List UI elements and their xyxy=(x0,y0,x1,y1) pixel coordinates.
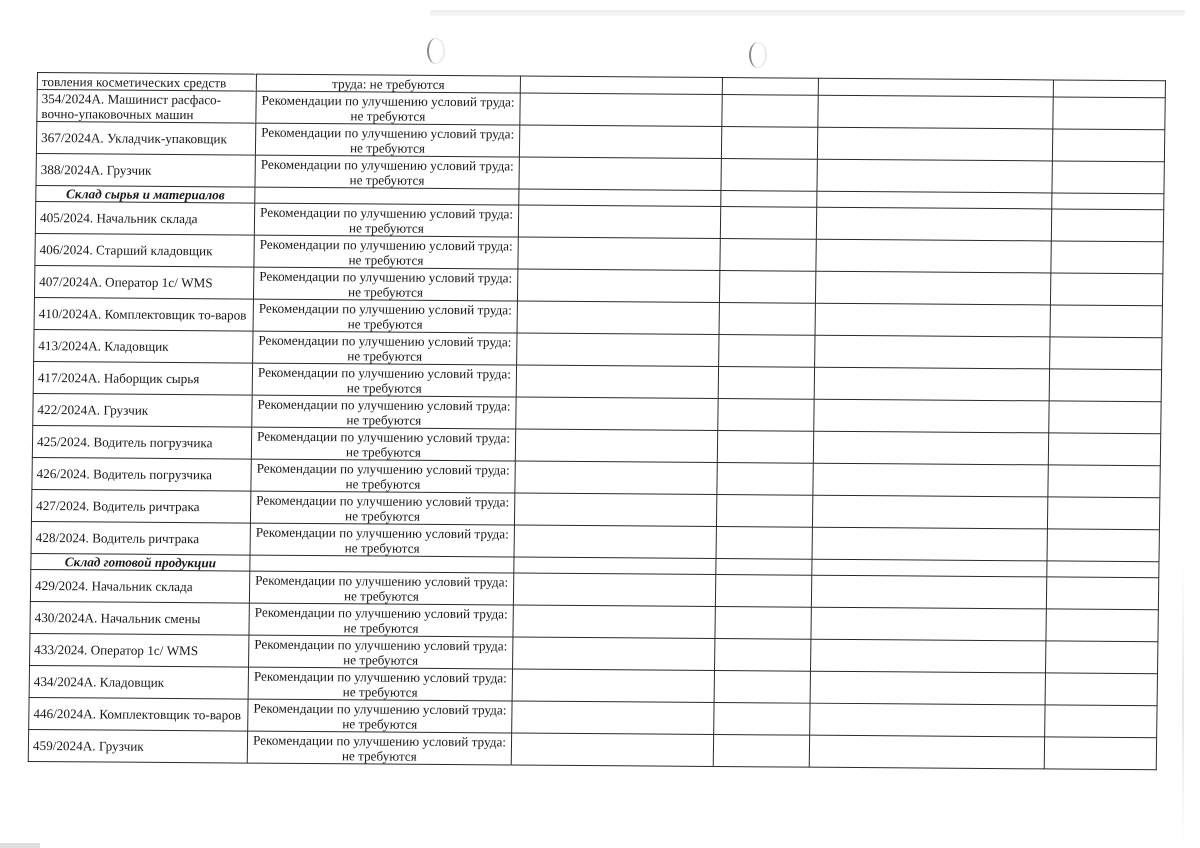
empty-cell xyxy=(519,189,721,206)
empty-cell xyxy=(517,269,719,302)
empty-cell xyxy=(512,669,714,702)
empty-cell xyxy=(1050,305,1162,338)
empty-cell xyxy=(1050,273,1162,306)
empty-cell xyxy=(1046,577,1158,610)
empty-cell xyxy=(255,187,519,205)
empty-cell xyxy=(818,78,1053,97)
empty-cell xyxy=(519,125,721,158)
empty-cell xyxy=(814,367,1049,401)
recommendation-cell: Рекомендации по улучшению условий труда:… xyxy=(254,235,518,269)
empty-cell xyxy=(515,429,717,462)
position-cell: 425/2024. Водитель погрузчика xyxy=(32,425,251,459)
empty-cell xyxy=(722,95,818,128)
scan-right-edge xyxy=(1182,560,1184,848)
position-cell: 433/2024. Оператор 1с/ WMS xyxy=(30,633,249,667)
empty-cell xyxy=(817,191,1052,209)
empty-cell xyxy=(514,557,716,574)
empty-cell xyxy=(815,303,1050,337)
empty-cell xyxy=(716,526,812,559)
empty-cell xyxy=(811,639,1046,673)
recommendation-cell: Рекомендации по улучшению условий труда:… xyxy=(249,571,513,605)
empty-cell xyxy=(1049,369,1161,402)
empty-cell xyxy=(818,95,1053,129)
empty-cell xyxy=(721,159,817,192)
empty-cell xyxy=(1052,129,1164,162)
recommendation-cell: Рекомендации по улучшению условий труда:… xyxy=(249,603,513,637)
recommendation-cell: Рекомендации по улучшению условий труда:… xyxy=(251,427,515,461)
empty-cell xyxy=(719,303,815,336)
empty-cell xyxy=(520,76,722,94)
empty-cell xyxy=(812,527,1047,561)
empty-cell xyxy=(809,735,1044,769)
empty-cell xyxy=(1050,337,1162,370)
empty-cell xyxy=(717,462,813,495)
empty-cell xyxy=(514,493,716,526)
working-conditions-table: товления косметических средствтруда: не … xyxy=(28,72,1166,770)
empty-cell xyxy=(1048,433,1160,466)
empty-cell xyxy=(719,335,815,368)
empty-cell xyxy=(810,671,1045,705)
empty-cell xyxy=(719,271,815,304)
empty-cell xyxy=(716,494,812,527)
position-cell: 410/2024А. Комплектовщик то-варов xyxy=(34,297,253,331)
scan-top-shadow xyxy=(430,10,1185,16)
position-cell: 426/2024. Водитель погрузчика xyxy=(32,457,251,491)
empty-cell xyxy=(716,558,812,575)
empty-cell xyxy=(714,702,810,735)
empty-cell xyxy=(814,399,1049,433)
empty-cell xyxy=(817,127,1052,161)
empty-cell xyxy=(715,574,811,607)
empty-cell xyxy=(813,463,1048,497)
empty-cell xyxy=(513,637,715,670)
table-body: товления косметических средствтруда: не … xyxy=(28,73,1165,770)
empty-cell xyxy=(513,605,715,638)
recommendation-cell: Рекомендации по улучшению условий труда:… xyxy=(249,635,513,669)
empty-cell xyxy=(812,495,1047,529)
position-cell: 407/2024А. Оператор 1с/ WMS xyxy=(34,265,253,299)
empty-cell xyxy=(816,207,1051,241)
empty-cell xyxy=(517,333,719,366)
empty-cell xyxy=(715,606,811,639)
empty-cell xyxy=(811,575,1046,609)
punch-hole-right xyxy=(749,42,767,68)
empty-cell xyxy=(721,191,817,208)
empty-cell xyxy=(1046,609,1158,642)
position-cell: 354/2024А. Машинист расфасо-вочно-упаков… xyxy=(37,90,256,124)
recommendation-cell: Рекомендации по улучшению условий труда:… xyxy=(256,91,520,125)
recommendation-cell: Рекомендации по улучшению условий труда:… xyxy=(251,459,515,493)
empty-cell xyxy=(715,638,811,671)
recommendation-cell: Рекомендации по улучшению условий труда:… xyxy=(247,731,511,765)
section-title: Склад готовой продукции xyxy=(31,553,250,571)
position-cell: 429/2024. Начальник склада xyxy=(30,569,249,603)
empty-cell xyxy=(250,555,514,573)
empty-cell xyxy=(815,271,1050,305)
position-cell: 422/2024А. Грузчик xyxy=(33,393,252,427)
position-cell: товления косметических средств xyxy=(37,73,256,92)
position-cell: 459/2024А. Грузчик xyxy=(28,729,247,763)
empty-cell xyxy=(519,157,721,190)
empty-cell xyxy=(515,461,717,494)
position-cell: 417/2024А. Наборщик сырья xyxy=(33,361,252,395)
punch-hole-left xyxy=(427,38,445,64)
empty-cell xyxy=(1045,673,1157,706)
empty-cell xyxy=(1051,241,1163,274)
empty-cell xyxy=(713,734,809,767)
empty-cell xyxy=(1047,529,1159,562)
empty-cell xyxy=(518,205,720,238)
recommendation-cell: Рекомендации по улучшению условий труда:… xyxy=(252,395,516,429)
table-row: 459/2024А. ГрузчикРекомендации по улучше… xyxy=(28,729,1156,769)
empty-cell xyxy=(816,239,1051,273)
empty-cell xyxy=(1048,465,1160,498)
empty-cell xyxy=(1052,161,1164,194)
section-title: Склад сырья и материалов xyxy=(36,185,255,203)
empty-cell xyxy=(513,573,715,606)
position-cell: 428/2024. Водитель ричтрака xyxy=(31,521,250,555)
empty-cell xyxy=(517,301,719,334)
empty-cell xyxy=(516,397,718,430)
recommendation-cell: Рекомендации по улучшению условий труда:… xyxy=(255,123,519,157)
empty-cell xyxy=(1051,209,1163,242)
empty-cell xyxy=(718,367,814,400)
position-cell: 430/2024А. Начальник смены xyxy=(30,601,249,635)
empty-cell xyxy=(1044,737,1156,770)
empty-cell xyxy=(714,670,810,703)
recommendation-cell: Рекомендации по улучшению условий труда:… xyxy=(254,203,518,237)
empty-cell xyxy=(1053,97,1165,130)
position-cell: 367/2024А. Укладчик-упаковщик xyxy=(36,122,255,156)
position-cell: 413/2024А. Кладовщик xyxy=(34,329,253,363)
empty-cell xyxy=(812,559,1047,577)
scan-bottom-shadow xyxy=(0,843,40,848)
empty-cell xyxy=(720,239,816,272)
recommendation-cell: Рекомендации по улучшению условий труда:… xyxy=(248,699,512,733)
empty-cell xyxy=(717,430,813,463)
empty-cell xyxy=(720,207,816,240)
position-cell: 405/2024. Начальник склада xyxy=(35,201,254,235)
empty-cell xyxy=(718,399,814,432)
recommendation-cell: Рекомендации по улучшению условий труда:… xyxy=(250,491,514,525)
position-cell: 427/2024. Водитель ричтрака xyxy=(31,489,250,523)
empty-cell xyxy=(1053,80,1165,98)
position-cell: 446/2024А. Комплектовщик то-варов xyxy=(29,697,248,731)
recommendation-cell: Рекомендации по улучшению условий труда:… xyxy=(253,267,517,301)
recommendation-cell: Рекомендации по улучшению условий труда:… xyxy=(253,331,517,365)
empty-cell xyxy=(810,703,1045,737)
empty-cell xyxy=(518,237,720,270)
empty-cell xyxy=(721,127,817,160)
empty-cell xyxy=(722,78,818,96)
empty-cell xyxy=(1047,497,1159,530)
empty-cell xyxy=(514,525,716,558)
recommendation-cell: Рекомендации по улучшению условий труда:… xyxy=(252,363,516,397)
recommendation-cell: Рекомендации по улучшению условий труда:… xyxy=(250,523,514,557)
recommendation-cell: труда: не требуются xyxy=(256,74,520,93)
empty-cell xyxy=(813,431,1048,465)
position-cell: 406/2024. Старший кладовщик xyxy=(35,233,254,267)
empty-cell xyxy=(1049,401,1161,434)
recommendation-cell: Рекомендации по улучшению условий труда:… xyxy=(248,667,512,701)
position-cell: 434/2024А. Кладовщик xyxy=(29,665,248,699)
empty-cell xyxy=(520,93,722,126)
empty-cell xyxy=(815,335,1050,369)
empty-cell xyxy=(1045,641,1157,674)
empty-cell xyxy=(512,701,714,734)
recommendation-cell: Рекомендации по улучшению условий труда:… xyxy=(253,299,517,333)
empty-cell xyxy=(1047,561,1159,578)
empty-cell xyxy=(811,607,1046,641)
position-cell: 388/2024А. Грузчик xyxy=(36,153,255,187)
empty-cell xyxy=(511,733,713,766)
empty-cell xyxy=(1052,193,1164,210)
empty-cell xyxy=(817,159,1052,193)
empty-cell xyxy=(516,365,718,398)
document-page: товления косметических средствтруда: не … xyxy=(28,72,1166,770)
empty-cell xyxy=(1045,705,1157,738)
recommendation-cell: Рекомендации по улучшению условий труда:… xyxy=(255,155,519,189)
